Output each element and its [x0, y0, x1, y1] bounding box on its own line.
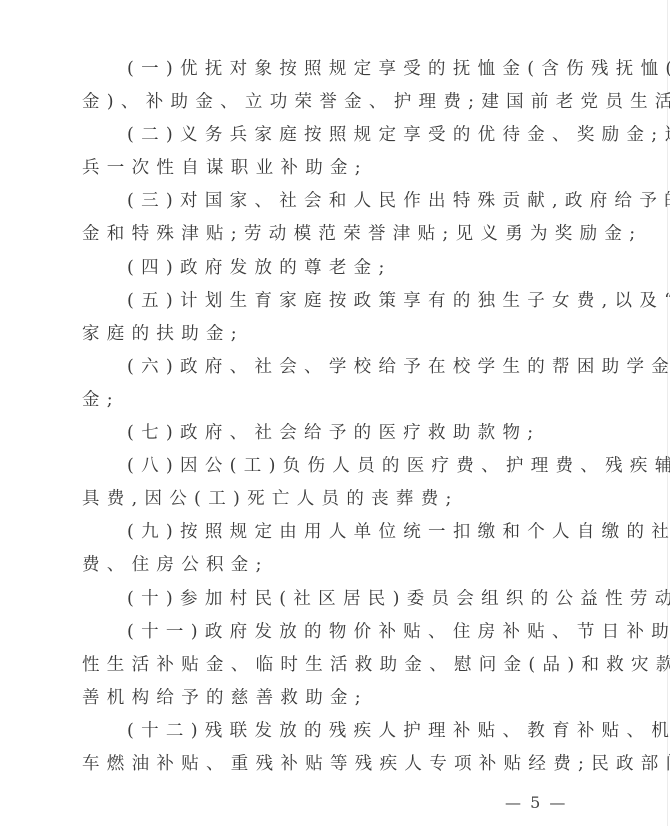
text-line: (八)因公(工)负伤人员的医疗费、护理费、残疾辅助器 [82, 450, 582, 483]
text-line: 车燃油补贴、重残补贴等残疾人专项补贴经费;民政部门发放的 [82, 748, 582, 781]
document-page: (一)优抚对象按照规定享受的抚恤金(含伤残抚恤(保健) 金)、补助金、立功荣誉金… [0, 0, 670, 826]
text-line: (三)对国家、社会和人民作出特殊贡献,政府给予的奖励 [82, 185, 582, 218]
text-line: (九)按照规定由用人单位统一扣缴和个人自缴的社会保险 [82, 516, 582, 549]
text-line: 费、住房公积金; [82, 549, 582, 582]
text-line: (七)政府、社会给予的医疗救助款物; [82, 417, 582, 450]
text-line: 金)、补助金、立功荣誉金、护理费;建国前老党员生活补贴; [82, 86, 582, 119]
text-line: (十一)政府发放的物价补贴、住房补贴、节日补助、一次 [82, 616, 582, 649]
text-line: 善机构给予的慈善救助金; [82, 682, 582, 715]
text-line: 金和特殊津贴;劳动模范荣誉津贴;见义勇为奖励金; [82, 218, 582, 251]
text-line: 具费,因公(工)死亡人员的丧葬费; [82, 483, 582, 516]
text-line: (六)政府、社会、学校给予在校学生的帮困助学金、奖学 [82, 351, 582, 384]
text-line: 家庭的扶助金; [82, 318, 582, 351]
text-line: 金; [82, 384, 582, 417]
text-line: (十)参加村民(社区居民)委员会组织的公益性劳动所得; [82, 583, 582, 616]
text-line: (二)义务兵家庭按照规定享受的优待金、奖励金;退役士 [82, 119, 582, 152]
scan-edge-divider [667, 0, 668, 826]
text-line: (五)计划生育家庭按政策享有的独生子女费,以及“失独” [82, 285, 582, 318]
text-line: 兵一次性自谋职业补助金; [82, 152, 582, 185]
text-line: 性生活补贴金、临时生活救助金、慰问金(品)和救灾款物和慈 [82, 649, 582, 682]
body-text: (一)优抚对象按照规定享受的抚恤金(含伤残抚恤(保健) 金)、补助金、立功荣誉金… [82, 53, 582, 781]
text-line: (十二)残联发放的残疾人护理补贴、教育补贴、机动轮椅 [82, 715, 582, 748]
page-number: — 5 — [505, 792, 567, 814]
text-line: (四)政府发放的尊老金; [82, 252, 582, 285]
text-line: (一)优抚对象按照规定享受的抚恤金(含伤残抚恤(保健) [82, 53, 582, 86]
